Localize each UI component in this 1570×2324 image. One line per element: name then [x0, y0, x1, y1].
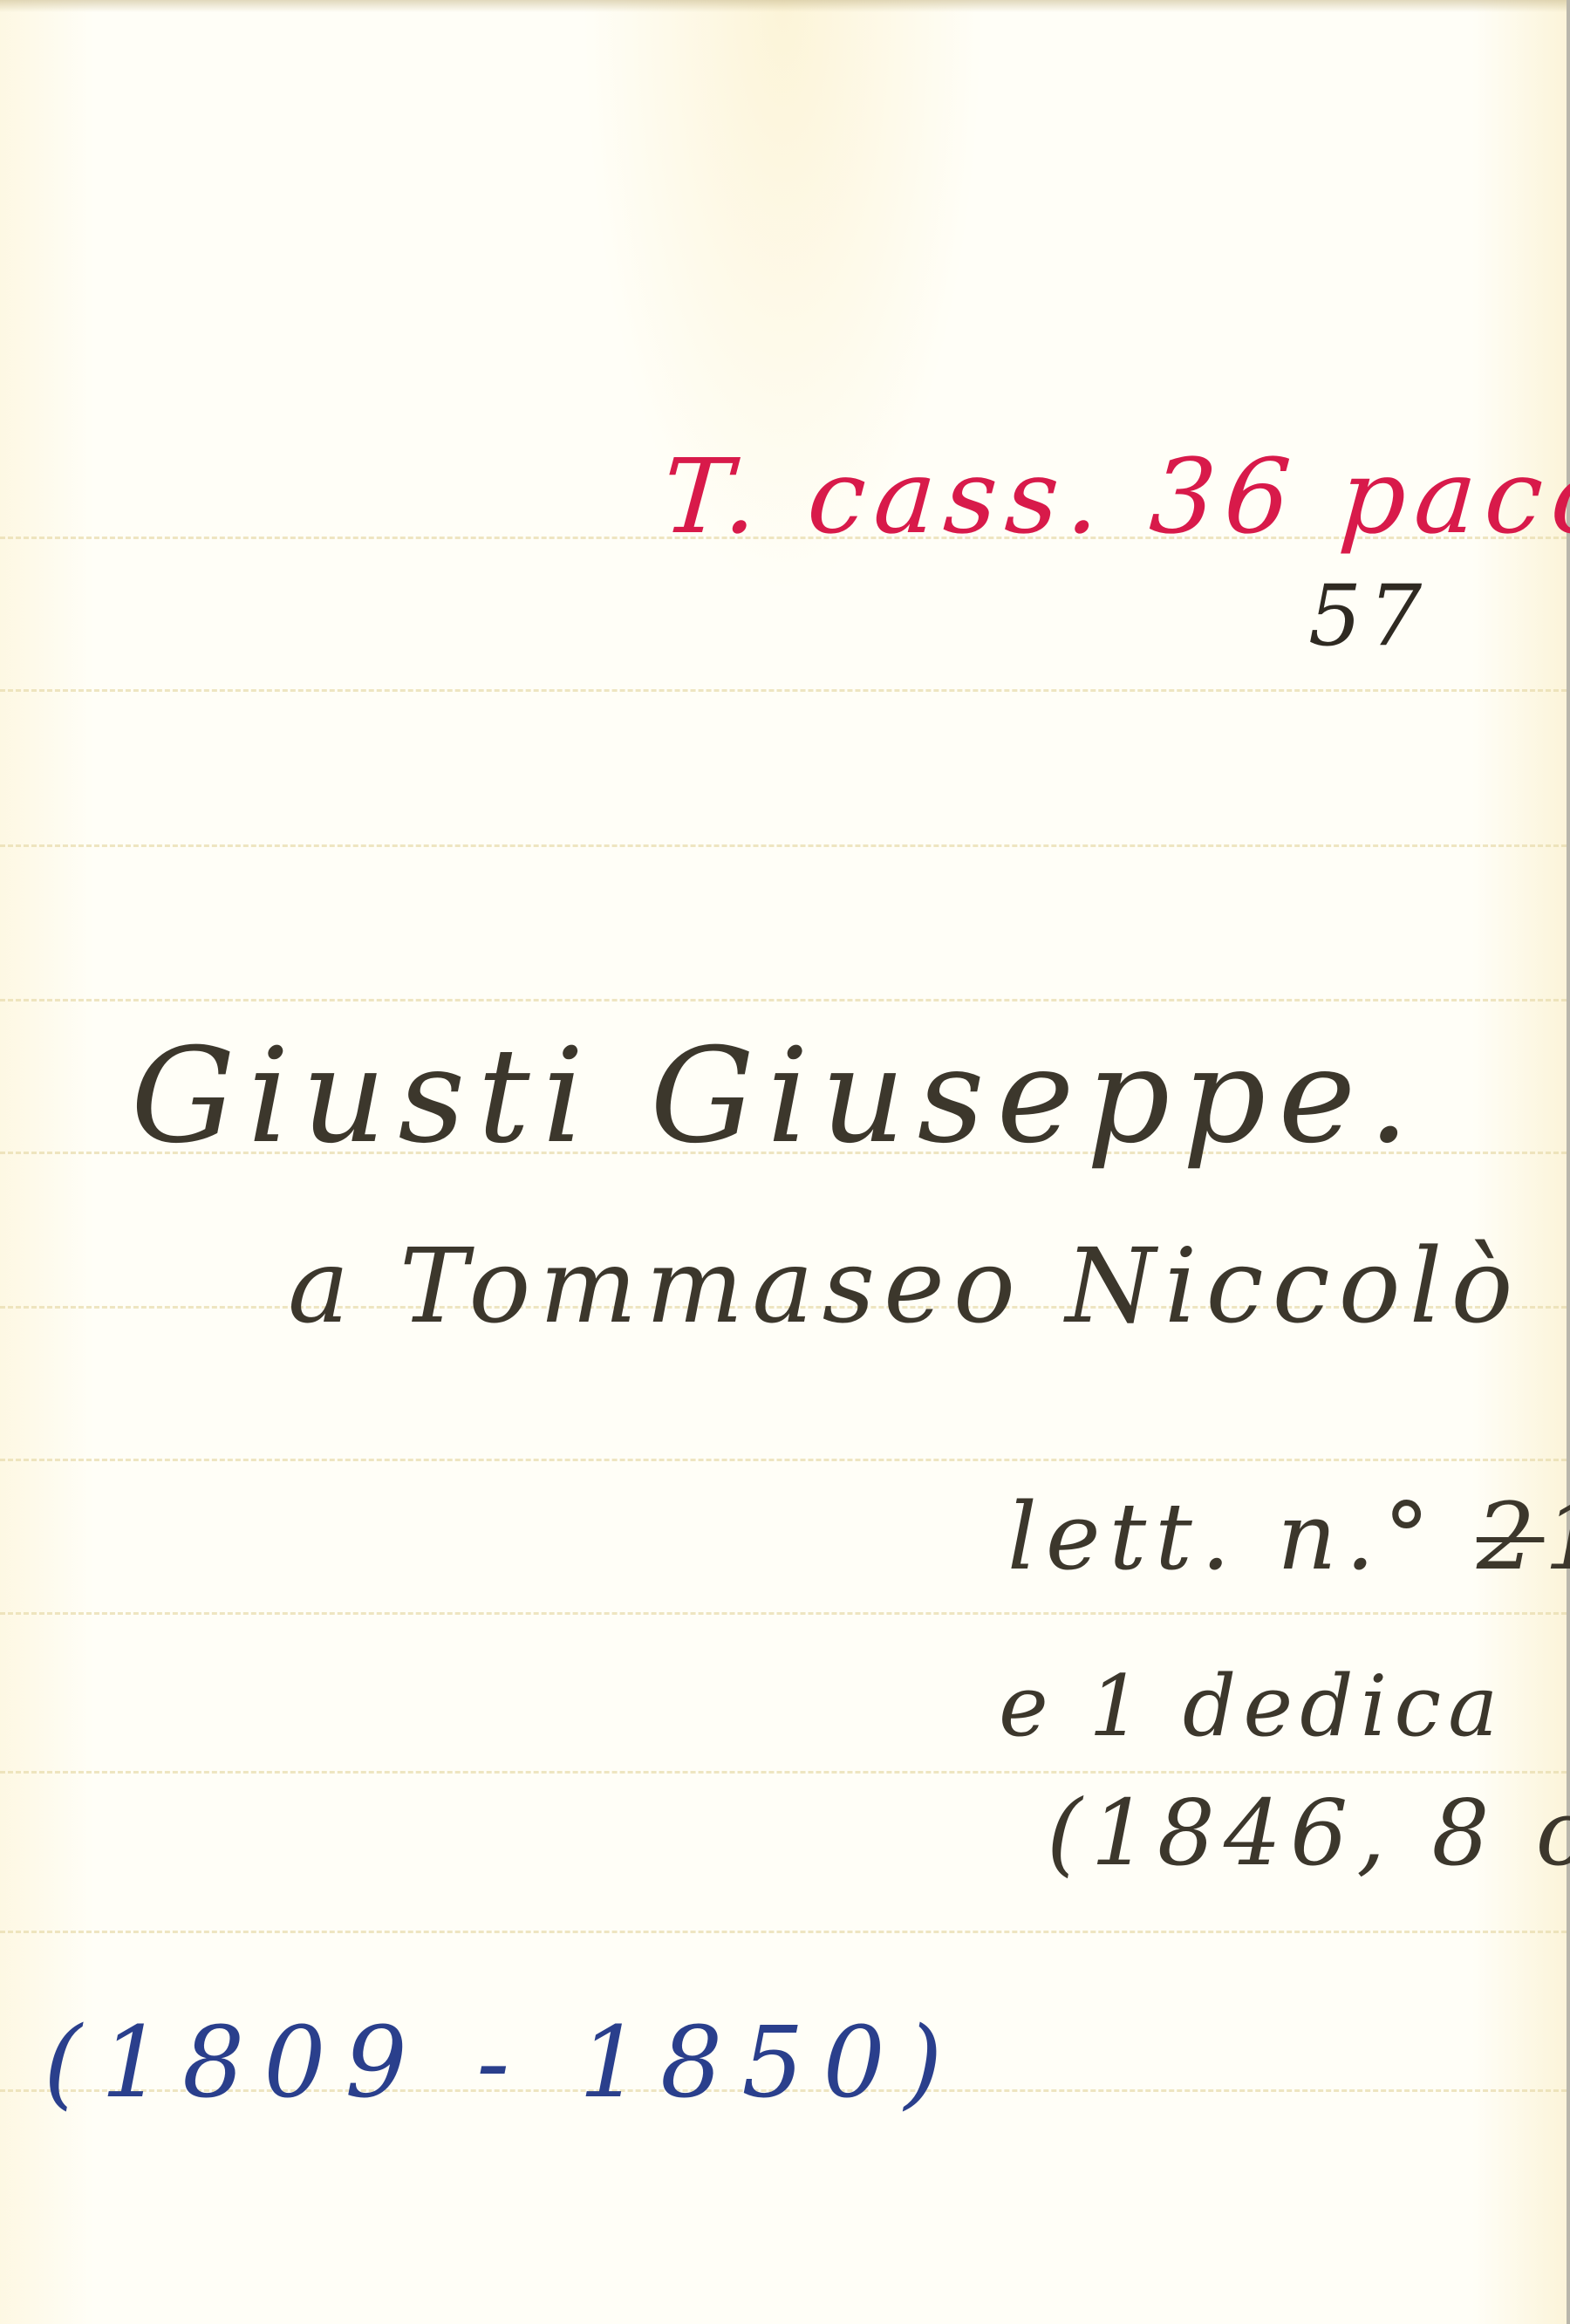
ruled-line [0, 844, 1567, 847]
ruled-line [0, 689, 1567, 692]
letters-struck-count: 2 [1477, 1483, 1544, 1590]
letters-corrected-count: 1 [1544, 1483, 1570, 1590]
index-card: T. cass. 36 pacco 87. 57 Giusti Giuseppe… [0, 0, 1570, 2324]
ruled-line [0, 1931, 1567, 1933]
author-name: Giusti Giuseppe. [131, 1021, 1422, 1172]
ruled-line [0, 999, 1567, 1001]
letters-count: lett. n.° 21 [1007, 1483, 1570, 1590]
letters-prefix: lett. n.° [1007, 1483, 1477, 1590]
card-top-edge-shadow [0, 0, 1567, 12]
letter-date: (1846, 8 ott.) [1047, 1780, 1570, 1886]
ruled-line [0, 1771, 1567, 1774]
recipient-name: a Tommaseo Niccolò [288, 1226, 1522, 1346]
ruled-line [0, 1612, 1567, 1615]
folder-number: 57 [1308, 567, 1429, 665]
author-lifespan: (1809 - 1850) [44, 2006, 962, 2120]
ruled-line [0, 1459, 1567, 1461]
dedication-note: e 1 dedica [999, 1658, 1505, 1755]
shelfmark: T. cass. 36 pacco 87. [659, 436, 1570, 557]
